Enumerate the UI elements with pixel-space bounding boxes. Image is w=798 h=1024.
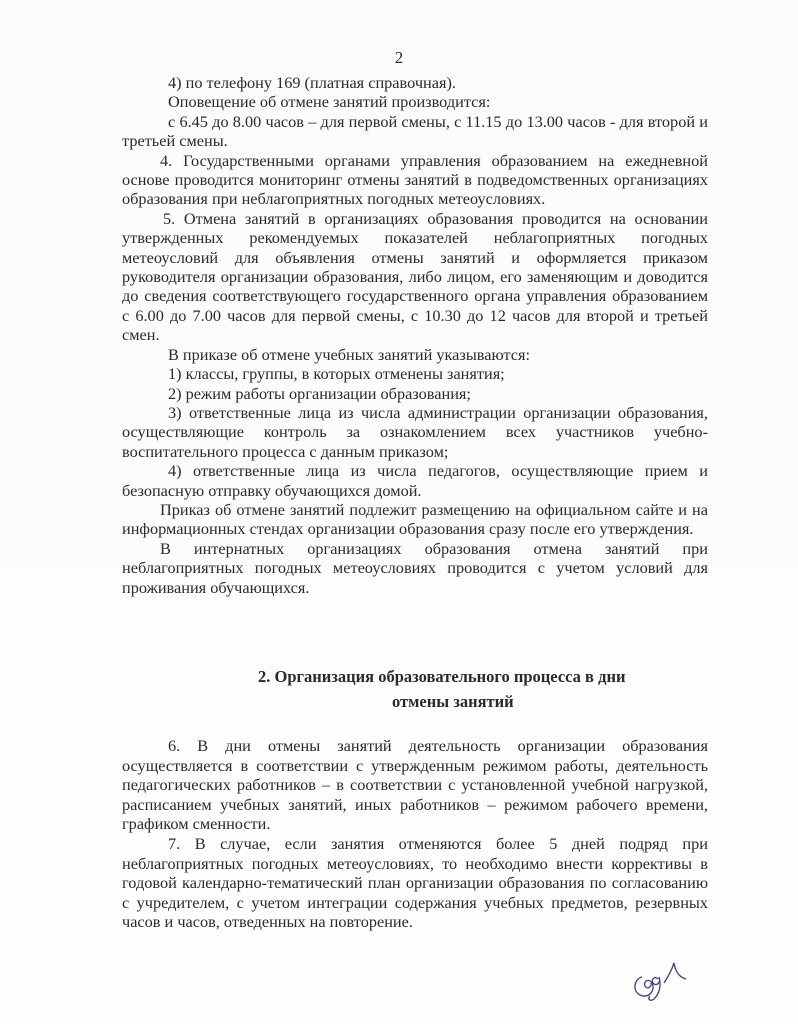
list-item-2: 2) режим работы организации образования; [122,384,708,403]
list-item-3: 3) ответственные лица из числа администр… [122,403,708,461]
paragraph-boarding-schools: В интернатных организациях образования о… [122,539,708,597]
paragraph-item-7: 7. В случае, если занятия отменяются бол… [122,834,708,932]
paragraph-order-intro: В приказе об отмене учебных занятий указ… [122,345,708,364]
signature-icon [630,955,700,1005]
paragraph-phone-item: 4) по телефону 169 (платная справочная). [122,73,708,92]
paragraph-notification-times: с 6.45 до 8.00 часов – для первой смены,… [122,112,708,151]
signature-initials [630,955,700,1005]
paragraph-notification-intro: Оповещение об отмене занятий производитс… [122,92,708,111]
section-2-body: 6. В дни отмены занятий деятельность орг… [122,736,708,932]
page-number: 2 [0,48,798,68]
list-item-1: 1) классы, группы, в которых отменены за… [122,364,708,383]
section-2-heading-line-1: 2. Организация образовательного процесса… [258,664,625,689]
paragraph-item-5: 5. Отмена занятий в организациях образов… [122,209,708,345]
list-item-4: 4) ответственные лица из числа педагогов… [122,461,708,500]
document-page: 2 4) по телефону 169 (платная справочная… [0,0,798,1024]
paragraph-order-publication: Приказ об отмене занятий подлежит размещ… [122,500,708,539]
section-1-body: 4) по телефону 169 (платная справочная).… [122,73,708,597]
paragraph-item-4: 4. Государственными органами управления … [122,151,708,209]
section-2-heading-line-2: отмены занятий [392,689,514,714]
paragraph-item-6: 6. В дни отмены занятий деятельность орг… [122,736,708,834]
